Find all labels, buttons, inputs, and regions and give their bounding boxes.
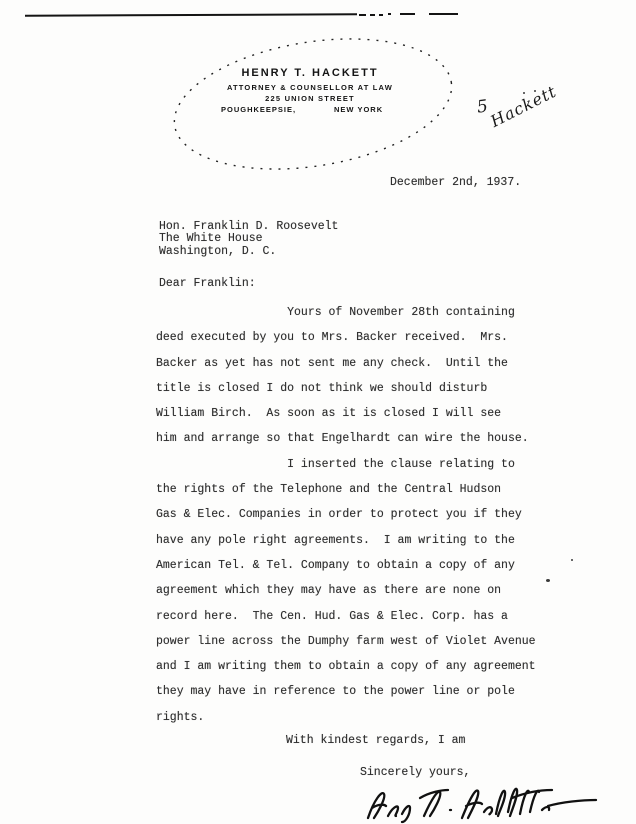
body-line: rights. xyxy=(156,705,576,730)
body-line: power line across the Dumphy farm west o… xyxy=(156,629,576,654)
letterhead-name: HENRY T. HACKETT xyxy=(205,67,415,79)
body-line: Backer as yet has not sent me any check.… xyxy=(156,351,576,376)
date-line: December 2nd, 1937. xyxy=(390,176,521,189)
scanned-letter-page: HENRY T. HACKETT ATTORNEY & COUNSELLOR A… xyxy=(0,0,636,824)
scan-edge-line-dash xyxy=(429,13,458,15)
body-line: William Birch. As soon as it is closed I… xyxy=(156,401,576,426)
scan-edge-line xyxy=(25,13,357,16)
ink-speck xyxy=(546,579,550,582)
body-line: Yours of November 28th containing xyxy=(156,300,576,325)
regards-line: With kindest regards, I am xyxy=(286,734,465,747)
scan-edge-line-dash xyxy=(370,14,375,16)
letterhead-oval-outline xyxy=(160,30,470,180)
body-line: Gas & Elec. Companies in order to protec… xyxy=(156,502,576,527)
body-line: agreement which they may have as there a… xyxy=(156,578,576,603)
salutation: Dear Franklin: xyxy=(159,277,256,290)
letter-body: Yours of November 28th containing deed e… xyxy=(156,300,576,730)
letterhead-city: POUGHKEEPSIE, xyxy=(221,105,296,114)
recipient-line: The White House xyxy=(159,233,338,245)
body-line: and I am writing them to obtain a copy o… xyxy=(156,654,576,679)
body-line: they may have in reference to the power … xyxy=(156,679,576,704)
ink-speck xyxy=(523,92,525,94)
body-line: have any pole right agreements. I am wri… xyxy=(156,528,576,553)
body-line: deed executed by you to Mrs. Backer rece… xyxy=(156,325,576,350)
scan-edge-line-dash xyxy=(388,13,391,15)
body-line: I inserted the clause relating to xyxy=(156,452,576,477)
body-line: title is closed I do not think we should… xyxy=(156,376,576,401)
recipient-line: Washington, D. C. xyxy=(159,246,338,258)
body-line: record here. The Cen. Hud. Gas & Elec. C… xyxy=(156,604,576,629)
ink-speck xyxy=(534,90,536,92)
letterhead-street: 225 UNION STREET xyxy=(210,94,410,103)
ink-speck xyxy=(571,559,573,561)
scan-edge-line-dash xyxy=(359,14,366,16)
body-line: the rights of the Telephone and the Cent… xyxy=(156,477,576,502)
body-line: American Tel. & Tel. Company to obtain a… xyxy=(156,553,576,578)
annotation-name: Hackett xyxy=(487,82,559,131)
letterhead-title: ATTORNEY & COUNSELLOR AT LAW xyxy=(210,83,410,92)
scan-edge-line-dash xyxy=(400,13,415,15)
letterhead-state: NEW YORK xyxy=(334,105,383,114)
recipient-address: Hon. Franklin D. Roosevelt The White Hou… xyxy=(159,221,338,258)
scan-edge-line-dash xyxy=(379,14,383,16)
body-line: him and arrange so that Engelhardt can w… xyxy=(156,426,576,451)
signature xyxy=(362,778,602,824)
